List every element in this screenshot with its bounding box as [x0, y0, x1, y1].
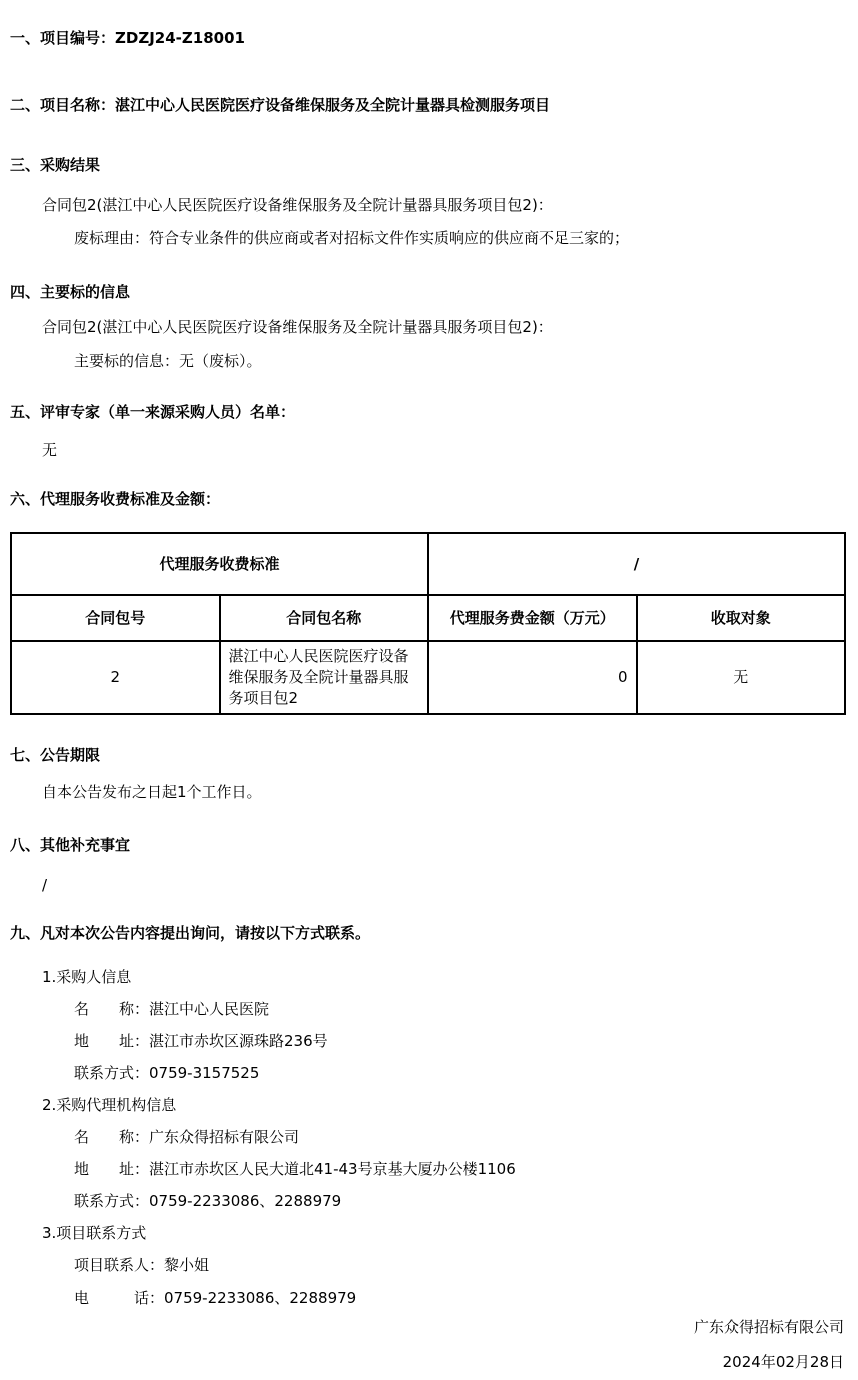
announcement-document: 一、项目编号：ZDZJ24-Z18001 二、项目名称：湛江中心人民医院医疗设备… — [0, 0, 858, 1373]
column-header-charge-target: 收取对象 — [637, 595, 846, 641]
section-4-heading: 四、主要标的信息 — [10, 282, 848, 303]
purchaser-name: 名 称：湛江中心人民医院 — [10, 999, 848, 1020]
purchaser-contact: 联系方式：0759-3157525 — [10, 1063, 848, 1084]
section-5-content: 无 — [10, 440, 848, 461]
cell-fee-amount: 0 — [428, 641, 637, 714]
fee-table-header-row: 合同包号 合同包名称 代理服务费金额（万元） 收取对象 — [11, 595, 845, 641]
column-header-package-name: 合同包名称 — [220, 595, 429, 641]
cell-package-no: 2 — [11, 641, 220, 714]
section-7-content: 自本公告发布之日起1个工作日。 — [10, 782, 848, 803]
project-contact-title: 3.项目联系方式 — [10, 1223, 848, 1244]
purchaser-info-title: 1.采购人信息 — [10, 967, 848, 988]
section-7-heading: 七、公告期限 — [10, 745, 848, 766]
section-5-heading: 五、评审专家（单一来源采购人员）名单： — [10, 402, 848, 423]
signature-date: 2024年02月28日 — [10, 1352, 848, 1373]
section-3-rejection-reason: 废标理由：符合专业条件的供应商或者对招标文件作实质响应的供应商不足三家的； — [10, 228, 848, 249]
purchaser-address: 地 址：湛江市赤坎区源珠路236号 — [10, 1031, 848, 1052]
agency-contact: 联系方式：0759-2233086、2288979 — [10, 1191, 848, 1212]
section-2-heading: 二、项目名称：湛江中心人民医院医疗设备维保服务及全院计量器具检测服务项目 — [10, 95, 848, 116]
agency-fee-table: 代理服务收费标准 / 合同包号 合同包名称 代理服务费金额（万元） 收取对象 2… — [10, 532, 846, 715]
section-1-heading: 一、项目编号：ZDZJ24-Z18001 — [10, 28, 848, 49]
fee-table-data-row: 2 湛江中心人民医院医疗设备维保服务及全院计量器具服务项目包2 0 无 — [11, 641, 845, 714]
section-9-heading: 九、凡对本次公告内容提出询问，请按以下方式联系。 — [10, 923, 848, 944]
project-contact-person: 项目联系人：黎小姐 — [10, 1255, 848, 1276]
fee-standard-value: / — [428, 533, 845, 595]
cell-package-name: 湛江中心人民医院医疗设备维保服务及全院计量器具服务项目包2 — [220, 641, 429, 714]
agency-info-title: 2.采购代理机构信息 — [10, 1095, 848, 1116]
cell-charge-target: 无 — [637, 641, 846, 714]
section-3-heading: 三、采购结果 — [10, 155, 848, 176]
column-header-fee-amount: 代理服务费金额（万元） — [428, 595, 637, 641]
fee-standard-row: 代理服务收费标准 / — [11, 533, 845, 595]
column-header-package-no: 合同包号 — [11, 595, 220, 641]
fee-standard-label: 代理服务收费标准 — [11, 533, 428, 595]
section-8-content: / — [10, 875, 848, 896]
section-4-subject-detail: 主要标的信息：无（废标）。 — [10, 351, 848, 372]
project-contact-phone: 电 话：0759-2233086、2288979 — [10, 1288, 848, 1309]
section-4-package-line: 合同包2(湛江中心人民医院医疗设备维保服务及全院计量器具服务项目包2)： — [10, 317, 848, 338]
signature-company: 广东众得招标有限公司 — [10, 1317, 848, 1338]
section-3-package-line: 合同包2(湛江中心人民医院医疗设备维保服务及全院计量器具服务项目包2)： — [10, 195, 848, 216]
agency-name: 名 称：广东众得招标有限公司 — [10, 1127, 848, 1148]
section-8-heading: 八、其他补充事宜 — [10, 835, 848, 856]
agency-address: 地 址：湛江市赤坎区人民大道北41-43号京基大厦办公楼1106 — [10, 1159, 848, 1180]
section-6-heading: 六、代理服务收费标准及金额： — [10, 489, 848, 510]
